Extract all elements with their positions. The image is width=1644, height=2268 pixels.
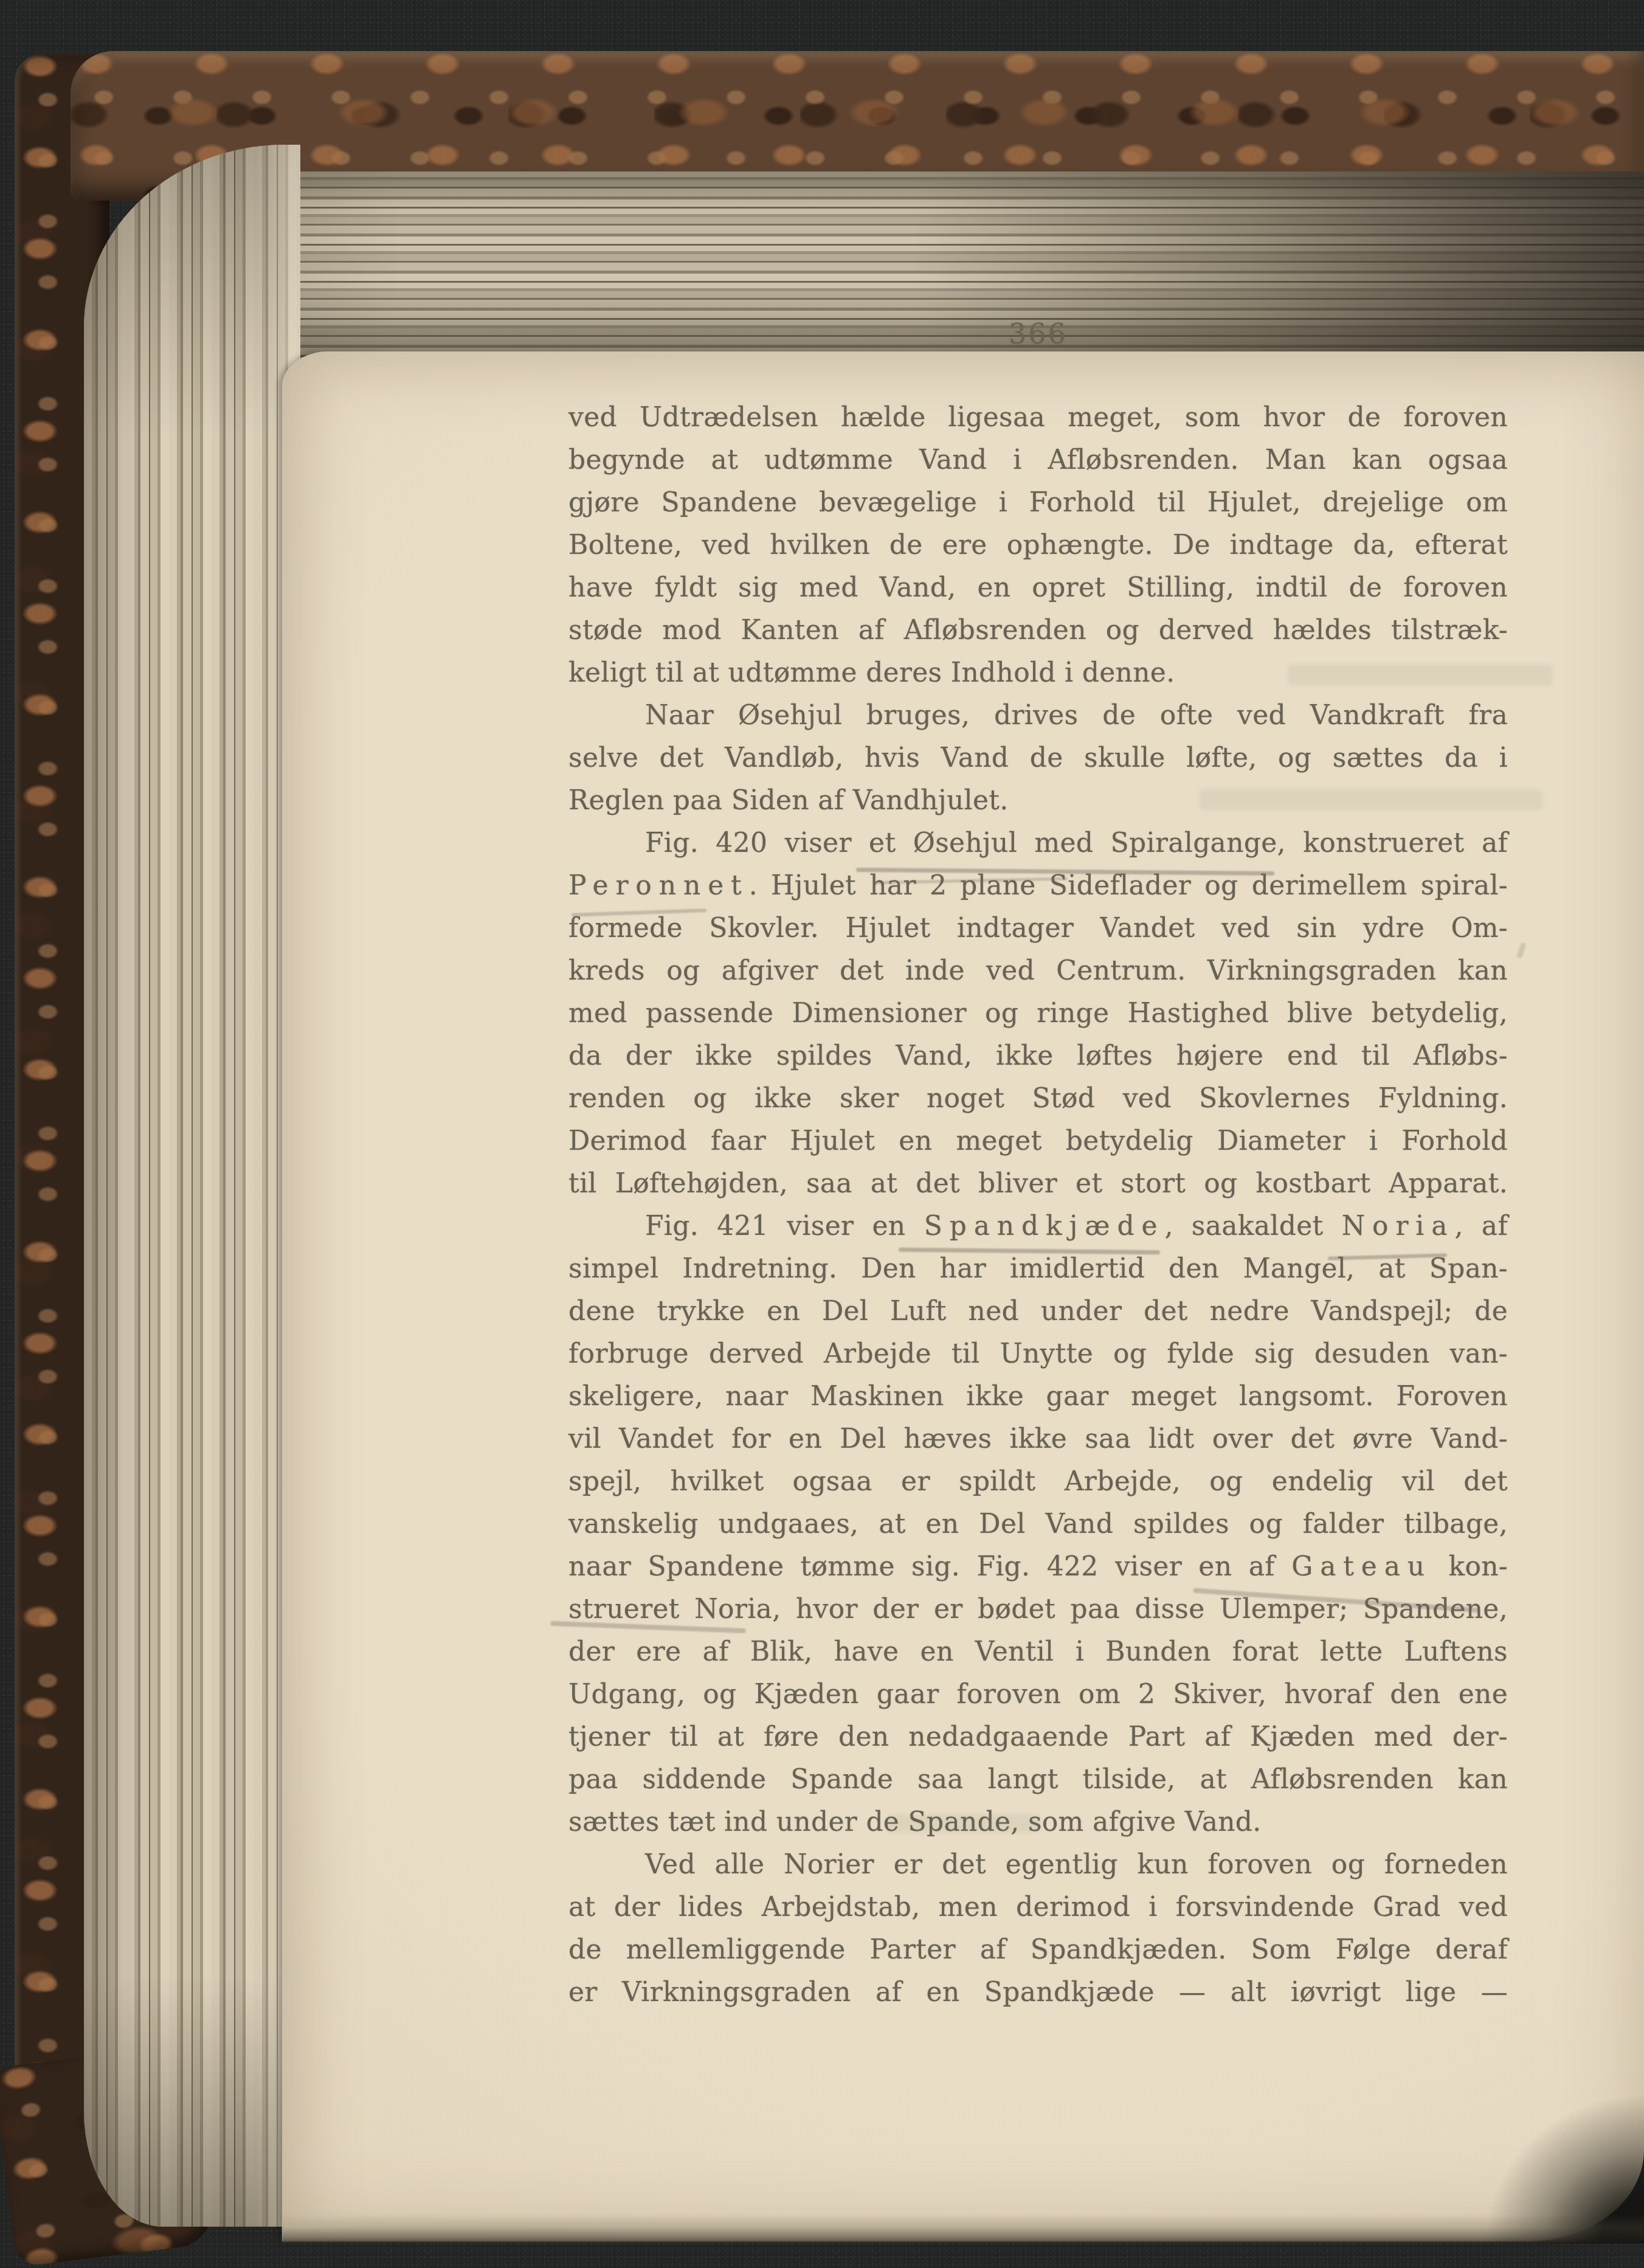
text-line: gjøre Spandene bevægelige i Forhold til … [568, 482, 1508, 524]
text-line: sættes tæt ind under de Spande, som afgi… [568, 1801, 1508, 1844]
letterspaced-word: Gateau [1291, 1551, 1432, 1582]
letterspaced-word: Peronnet [568, 870, 749, 901]
text-line: selve det Vandløb, hvis Vand de skulle l… [568, 737, 1508, 780]
letterspaced-word: Spandkjæde [924, 1211, 1165, 1242]
page-number: 366 [568, 317, 1508, 350]
text-line: spejl, hvilket ogsaa er spildt Arbejde, … [568, 1461, 1508, 1503]
text-line: have fyldt sig med Vand, en opret Stilli… [568, 567, 1508, 609]
text-line: Naar Øsehjul bruges, drives de ofte ved … [568, 694, 1508, 737]
text-line: tjener til at føre den nedadgaaende Part… [568, 1716, 1508, 1758]
text-line: strueret Noria, hvor der er bødet paa di… [568, 1588, 1508, 1631]
text-line: paa siddende Spande saa langt tilside, a… [568, 1758, 1508, 1801]
text-line: Derimod faar Hjulet en meget betydelig D… [568, 1120, 1508, 1163]
text-line: til Løftehøjden, saa at det bliver et st… [568, 1163, 1508, 1205]
page-bottom-edge [282, 2214, 1644, 2242]
text-line: støde mod Kanten af Afløbsrenden og derv… [568, 609, 1508, 652]
text-line: er Virkningsgraden af en Spandkjæde — al… [568, 1971, 1508, 2014]
text-line: at der lides Arbejdstab, men derimod i f… [568, 1886, 1508, 1929]
text-line: med passende Dimensioner og ringe Hastig… [568, 992, 1508, 1035]
text-line: da der ikke spildes Vand, ikke løftes hø… [568, 1035, 1508, 1077]
text-line: kreds og afgiver det inde ved Centrum. V… [568, 950, 1508, 992]
text-line: begynde at udtømme Vand i Afløbsrenden. … [568, 439, 1508, 482]
text-line: Reglen paa Siden af Vandhjulet. [568, 780, 1508, 822]
text-line: dene trykke en Del Luft ned under det ne… [568, 1290, 1508, 1333]
text-line: formede Skovler. Hjulet indtager Vandet … [568, 907, 1508, 950]
text-line: ved Udtrædelsen hælde ligesaa meget, som… [568, 396, 1508, 439]
text-line: Fig. 420 viser et Øsehjul med Spiralgang… [568, 822, 1508, 865]
text-line: simpel Indretning. Den har imidlertid de… [568, 1248, 1508, 1290]
text-line: Boltene, ved hvilken de ere ophængte. De… [568, 524, 1508, 567]
text-line: vil Vandet for en Del hæves ikke saa lid… [568, 1418, 1508, 1461]
page-stack-left-edges [84, 145, 300, 2227]
text-line: der ere af Blik, have en Ventil i Bunden… [568, 1631, 1508, 1673]
text-line: Ved alle Norier er det egentlig kun foro… [568, 1844, 1508, 1886]
text-line: skeligere, naar Maskinen ikke gaar meget… [568, 1375, 1508, 1418]
text-line: forbruge derved Arbejde til Unytte og fy… [568, 1333, 1508, 1375]
text-line: vanskelig undgaaes, at en Del Vand spild… [568, 1503, 1508, 1546]
scanned-book-page: 366 ved Udtrædelsen hælde ligesaa meget,… [0, 0, 1644, 2268]
text-line: de mellemliggende Parter af Spandkjæden.… [568, 1929, 1508, 1971]
page-text: ved Udtrædelsen hælde ligesaa meget, som… [568, 396, 1508, 2014]
text-line: Udgang, og Kjæden gaar foroven om 2 Skiv… [568, 1673, 1508, 1716]
letterspaced-word: Noria [1342, 1211, 1455, 1242]
text-line: keligt til at udtømme deres Indhold i de… [568, 652, 1508, 694]
text-line: renden og ikke sker noget Stød ved Skovl… [568, 1077, 1508, 1120]
text-line: naar Spandene tømme sig. Fig. 422 viser … [568, 1546, 1508, 1588]
page-corner-shadow [1443, 2055, 1644, 2244]
text-line: Fig. 421 viser en Spandkjæde, saakaldet … [568, 1205, 1508, 1248]
